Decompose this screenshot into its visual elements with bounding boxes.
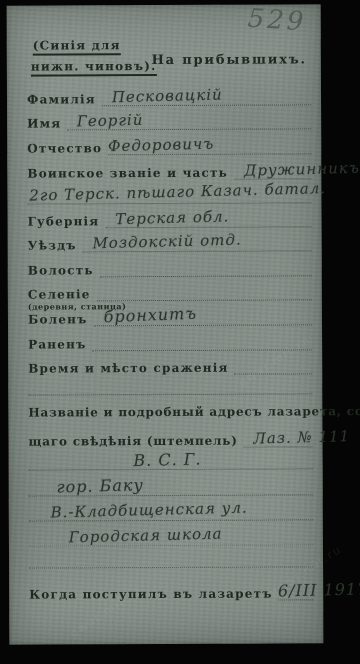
handwritten-lazaret-number: Лаз. № 111 — [253, 427, 350, 447]
field-line: 2го Терск. пѣшаго Казач. батал. — [27, 184, 311, 204]
field-row-patronymic: Отчество Федоровичъ — [27, 136, 311, 155]
field-line — [96, 281, 311, 301]
lazaret-address-row4: Городская школа — [29, 527, 313, 546]
field-line: Федоровичъ — [108, 135, 311, 155]
field-line: Песковацкій — [102, 86, 311, 106]
handwritten-school: Городская школа — [69, 525, 223, 547]
blank-line — [28, 392, 312, 395]
form-card: 529 (Синія для нижн. чиновъ). На прибывш… — [7, 4, 324, 644]
field-row-rank-unit: Воинское званіе и часть Дружинникъ — [27, 161, 311, 180]
lazaret-stamp-row: щаго свѣдѣнія (штемпель) Лаз. № 111 — [28, 429, 312, 448]
field-label-wounded: Раненъ — [28, 337, 92, 351]
field-row-district: Уѣздъ Моздокскій отд. — [28, 233, 312, 252]
header-right-title: На прибывшихъ. — [152, 52, 307, 68]
field-row-illness: Боленъ бронхитъ — [28, 307, 312, 326]
handwritten-street: В.-Кладбищенская ул. — [50, 499, 247, 522]
field-line: Терская обл. — [105, 208, 311, 228]
header-left-line1: (Синія для — [33, 38, 121, 52]
field-line — [92, 331, 312, 351]
field-line: гор. Баку — [29, 476, 313, 496]
field-row-volost: Волость — [28, 258, 312, 277]
field-label-rank-unit: Воинское званіе и часть — [27, 166, 234, 181]
field-label-province: Губернія — [28, 214, 106, 228]
admission-label: Когда поступилъ въ лазаретъ — [29, 587, 278, 602]
field-line: В.-Кладбищенская ул. — [29, 501, 313, 521]
handwritten-province: Терская обл. — [115, 207, 229, 228]
field-line: Дружинникъ — [234, 160, 311, 179]
lazaret-address-row2: гор. Баку — [29, 477, 313, 496]
handwritten-district: Моздокскій отд. — [92, 231, 242, 253]
field-label-district: Уѣздъ — [28, 238, 83, 252]
field-line: Георгій — [67, 110, 311, 130]
header-left-line2: нижн. чиновъ). — [31, 59, 157, 74]
field-line: Городская школа — [29, 526, 313, 546]
field-label-battle: Время и мѣсто сраженія — [28, 361, 234, 376]
field-line: бронхитъ — [93, 306, 312, 326]
field-label-surname: Фамилія — [27, 92, 102, 106]
handwritten-firstname: Георгій — [77, 111, 144, 131]
handwritten-surname: Песковацкій — [111, 85, 222, 106]
field-row-settlement: Селеніе — [28, 282, 312, 301]
field-line — [100, 257, 312, 277]
lazaret-address-row1: В. С. Г. — [29, 451, 313, 470]
handwritten-org: В. С. Г. — [133, 449, 201, 470]
field-label-settlement: Селеніе — [28, 287, 97, 301]
field-label-illness: Боленъ — [28, 312, 94, 326]
field-row-surname: Фамилія Песковацкій — [27, 87, 311, 106]
field-label-patronymic: Отчество — [27, 141, 108, 155]
field-line: Лаз. № 111 — [244, 428, 313, 447]
scanned-document-page: { "page_number": "529", "header": { "lef… — [0, 0, 360, 664]
field-line: Моздокскій отд. — [83, 232, 312, 252]
field-row-province: Губернія Терская обл. — [28, 209, 312, 228]
handwritten-city: гор. Баку — [56, 475, 144, 496]
field-row-wounded: Раненъ — [28, 332, 312, 351]
lazaret-address-row3: В.-Кладбищенская ул. — [29, 502, 313, 521]
handwritten-patronymic: Федоровичъ — [108, 135, 215, 156]
handwritten-unit: 2го Терск. пѣшаго Казач. батал. — [29, 179, 326, 205]
lazaret-heading-line1: Названіе и подробный адресъ лазарета, со… — [28, 404, 360, 420]
handwritten-rank: Дружинникъ — [244, 159, 360, 180]
lazaret-heading-line2: щаго свѣдѣнія (штемпель) — [28, 434, 243, 449]
field-label-firstname: Имя — [27, 116, 67, 130]
field-row-unit-continued: 2го Терск. пѣшаго Казач. батал. — [27, 185, 311, 204]
field-row-firstname: Имя Георгій — [27, 111, 311, 130]
blank-line — [29, 565, 313, 568]
pencil-page-number: 529 — [247, 4, 307, 38]
field-line: В. С. Г. — [29, 450, 313, 470]
handwritten-illness: бронхитъ — [103, 304, 197, 327]
field-label-volost: Волость — [28, 263, 100, 277]
